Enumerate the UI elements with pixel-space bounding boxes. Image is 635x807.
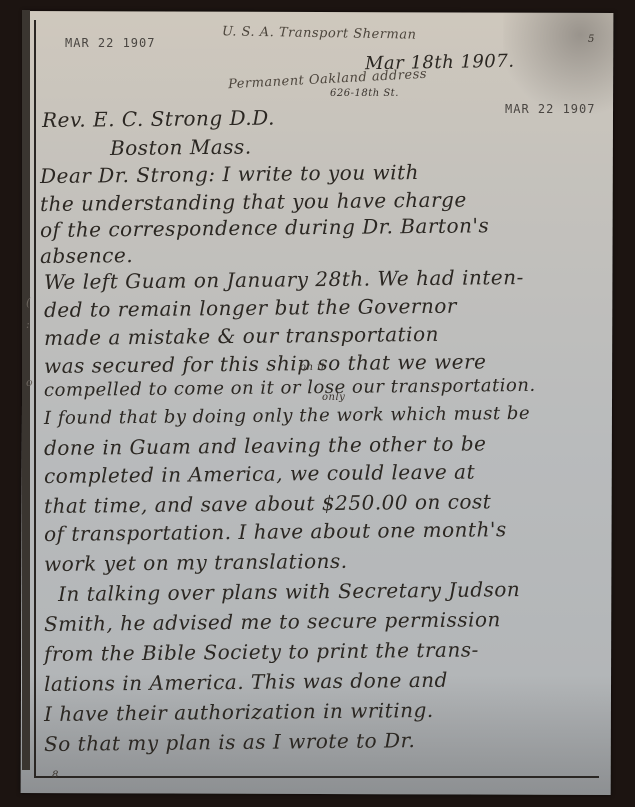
interlinear-insert: on it — [300, 362, 325, 373]
body-line: work yet on my translations. — [44, 549, 348, 576]
page-number-mark: 8 — [52, 770, 59, 781]
address-line: 626-18th St. — [330, 88, 399, 99]
received-stamp-right: MAR 22 1907 — [505, 102, 595, 116]
body-line: from the Bible Society to print the tran… — [44, 637, 479, 666]
binding-strip — [22, 10, 30, 770]
recipient-city: Boston Mass. — [110, 135, 252, 160]
body-line: that time, and save about $250.00 on cos… — [44, 489, 491, 518]
body-line: of the correspondence during Dr. Barton'… — [40, 213, 489, 242]
body-line: Smith, he advised me to secure permissio… — [44, 607, 501, 636]
body-line: lations in America. This was done and — [44, 668, 448, 696]
margin-mark: o — [26, 376, 33, 389]
body-line: absence. — [40, 243, 133, 268]
recipient-name: Rev. E. C. Strong D.D. — [42, 106, 275, 132]
body-line: was secured for this ship so that we wer… — [44, 349, 487, 378]
margin-mark: : — [26, 318, 30, 331]
body-line: So that my plan is as I wrote to Dr. — [44, 728, 416, 756]
body-line: completed in America, we could leave at — [44, 459, 475, 488]
body-line: made a mistake & our transportation — [44, 322, 439, 350]
body-line: Dear Dr. Strong: I write to you with — [40, 160, 419, 188]
body-line: I have their authorization in writing. — [44, 698, 434, 726]
margin-mark: ( — [26, 296, 30, 309]
received-stamp-left: MAR 22 1907 — [65, 36, 155, 50]
body-line: In talking over plans with Secretary Jud… — [58, 577, 520, 606]
body-line: We left Guam on January 28th. We had int… — [44, 265, 524, 294]
body-line: of transportation. I have about one mont… — [44, 517, 507, 546]
interlinear-insert: only — [322, 392, 345, 403]
corner-mark: 5 — [588, 34, 595, 45]
body-line: the understanding that you have charge — [40, 188, 467, 216]
body-line: ded to remain longer but the Governor — [44, 294, 457, 322]
body-line: done in Guam and leaving the other to be — [44, 431, 487, 460]
